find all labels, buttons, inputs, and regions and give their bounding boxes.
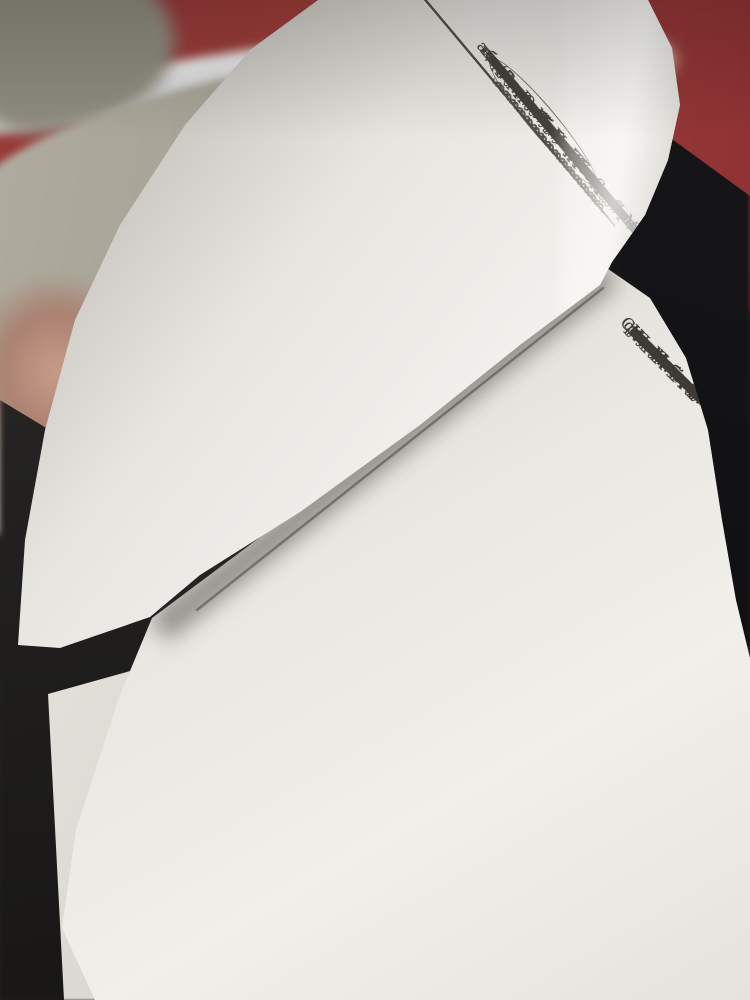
photo-open-book-scene: сто не дразнменя, настояМожет, ончур спо… [0, 0, 750, 1000]
